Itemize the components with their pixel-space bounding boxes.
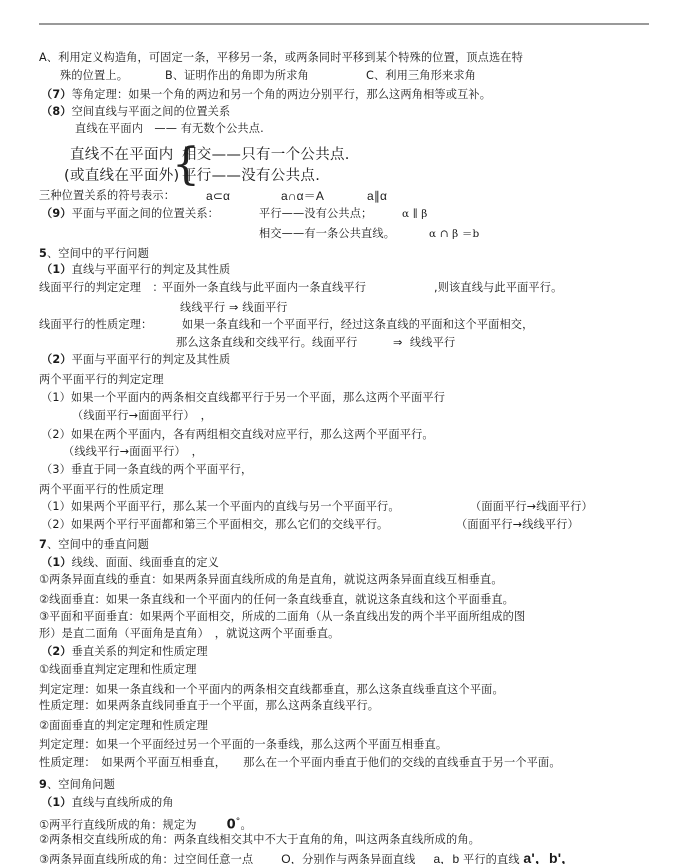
line-outside-plane: (或直线在平面外) xyxy=(64,167,180,185)
symbol-parallel: a∥α xyxy=(367,189,387,203)
angle-3-text-c: 平行的直线 xyxy=(463,853,520,864)
section9-title-text: 、空间角问题 xyxy=(47,778,115,791)
section5-title-text: 、空间中的平行问题 xyxy=(47,247,149,260)
section7-sub1: （1）线线、面面、线面垂直的定义 xyxy=(41,556,219,570)
angle-3-text-a: ③两条异面直线所成的角：过空间任意一点 xyxy=(39,853,253,864)
judge2-item1-note: （线面平行→面面平行） ， xyxy=(72,409,212,423)
def-3b: 形）是直二面角（平面角是直角） ，就说这两个平面垂直。 xyxy=(39,627,340,641)
sub2-text: 平面与平面平行的判定及其性质 xyxy=(72,353,231,366)
symbols-label: 三种位置关系的符号表示： xyxy=(39,189,175,203)
sub2-number: （2） xyxy=(41,645,72,658)
line-in-plane: 直线在平面内 —— 有无数个公共点. xyxy=(75,122,264,136)
angle-1: ①两平行直线所成的角：规定为0°。 xyxy=(39,815,252,833)
symbol-in-plane: a⊂α xyxy=(206,189,230,203)
judge-text-b: ,则该直线与此平面平行。 xyxy=(434,281,562,295)
judge2-item2-note: （线线平行→面面平行） ， xyxy=(63,445,203,459)
sub2-text: 垂直关系的判定和性质定理 xyxy=(72,645,208,658)
sub1-text: 线线、面面、线面垂直的定义 xyxy=(72,556,219,569)
method-text-c: C、利用三角形来求角 xyxy=(366,69,476,83)
prop-text-1: 如果一条直线和一个平面平行，经过这条直线的平面和这个平面相交， xyxy=(182,318,533,332)
method-text-b: B、证明作出的角即为所求角 xyxy=(165,69,309,83)
judge2-item3: （3）垂直于同一条直线的两个平面平行， xyxy=(41,463,252,477)
judge2-item2: （2）如果在两个平面内，各有两组相交直线对应平行，那么这两个平面平行。 xyxy=(41,428,434,442)
item8-text: 空间直线与平面之间的位置关系 xyxy=(72,105,231,118)
prop-formula: ⇒ 线线平行 xyxy=(393,336,455,350)
prop2-item1-note: （面面平行→线面平行） xyxy=(470,500,593,514)
lines-ab-prime: a'，b'， xyxy=(523,850,575,864)
lp-judge: 判定定理：如果一条直线和一个平面内的两条相交直线都垂直，那么这条直线垂直这个平面… xyxy=(39,683,504,697)
brace-icon: { xyxy=(172,143,180,187)
angle-1-text: ①两平行直线所成的角：规定为 xyxy=(39,819,197,832)
sub1-text: 直线与直线所成的角 xyxy=(72,796,174,809)
prop2-item2: （2）如果两个平行平面都和第三个平面相交，那么它们的交线平行。 xyxy=(41,518,388,532)
def-2: ②线面垂直：如果一条直线和一个平面内的任何一条直线垂直，就说这条直线和这个平面垂… xyxy=(39,593,514,607)
judge2-item1: （1）如果一个平面内的两条相交直线都平行于另一个平面，那么这两个平面平行 xyxy=(41,391,445,405)
prop-text-2: 那么这条直线和交线平行。线面平行 xyxy=(176,336,357,350)
section7-title-text: 、空间中的垂直问题 xyxy=(47,538,149,551)
pp-title: ②面面垂直的判定定理和性质定理 xyxy=(39,719,208,733)
judge2-title: 两个平面平行的判定定理 xyxy=(39,373,164,387)
item7-number: （7） xyxy=(41,88,72,101)
angle-1-end: 。 xyxy=(240,819,251,832)
item7-text: 等角定理：如果一个角的两边和另一个角的两边分别平行，那么这两角相等或互补。 xyxy=(72,88,492,101)
angle-1-value: 0 xyxy=(227,818,236,833)
sub1-number: （1） xyxy=(41,556,72,569)
pp-judge: 判定定理：如果一个平面经过另一个平面的一条垂线，那么这两个平面互相垂直。 xyxy=(39,738,447,752)
section9-title: 9、空间角问题 xyxy=(39,778,115,792)
lines-ab: a，b xyxy=(433,852,459,864)
plane-parallel-symbol: α ∥ β xyxy=(402,207,427,221)
item8: （8）空间直线与平面之间的位置关系 xyxy=(41,105,230,119)
item9: （9）平面与平面之间的位置关系： xyxy=(41,207,219,221)
method-text-line1: A、利用定义构造角，可固定一条，平移另一条，或两条同时平移到某个特殊的位置，顶点… xyxy=(39,51,523,65)
plane-intersect: 相交——有一条公共直线。 xyxy=(259,227,395,241)
lp-prop: 性质定理：如果两条直线同垂直于一个平面，那么这两条直线平行。 xyxy=(39,699,379,713)
angle-2: ②两条相交直线所成的角：两条直线相交其中不大于直角的角，叫这两条直线所成的角。 xyxy=(39,833,480,847)
prop-label: 线面平行的性质定理： xyxy=(39,318,152,332)
section5-sub1: （1）直线与平面平行的判定及其性质 xyxy=(41,263,230,277)
item8-number: （8） xyxy=(41,105,72,118)
judge-formula: 线线平行 ⇒ 线面平行 xyxy=(180,301,288,315)
angle-3: ③两条异面直线所成的角：过空间任意一点O，分别作与两条异面直线a，b 平行的直线… xyxy=(39,851,575,864)
prop2-item1: （1）如果两个平面平行，那么某一个平面内的直线与另一个平面平行。 xyxy=(41,500,400,514)
sub1-number: （1） xyxy=(41,796,72,809)
item9-number: （9） xyxy=(41,207,72,220)
section7-number: 7 xyxy=(39,538,47,551)
prop2-title: 两个平面平行的性质定理 xyxy=(39,483,164,497)
lp-title: ①线面垂直判定定理和性质定理 xyxy=(39,663,197,677)
def-3a: ③平面和平面垂直：如果两个平面相交，所成的二面角（从一条直线出发的两个半平面所组… xyxy=(39,610,525,624)
section5-title: 5、空间中的平行问题 xyxy=(39,247,149,261)
def-1: ①两条异面直线的垂直：如果两条异面直线所成的角是直角，就说这两条异面直线互相垂直… xyxy=(39,573,503,587)
section5-sub2: （2）平面与平面平行的判定及其性质 xyxy=(41,353,230,367)
plane-intersect-symbol: α ∩ β ＝b xyxy=(429,227,479,241)
method-text-a: 殊的位置上。 xyxy=(60,69,128,83)
case-parallel: 平行——没有公共点. xyxy=(182,167,320,185)
pp-prop: 性质定理： 如果两个平面互相垂直， 那么在一个平面内垂直于他们的交线的直线垂直于… xyxy=(39,756,561,770)
symbol-intersect: a∩α＝A xyxy=(281,189,324,203)
angle-3-text-b: ，分别作与两条异面直线 xyxy=(291,853,416,864)
sub2-number: （2） xyxy=(41,353,72,366)
sub1-text: 直线与平面平行的判定及其性质 xyxy=(72,263,231,276)
point-o: O xyxy=(281,852,290,864)
case-intersect: 相交——只有一个公共点. xyxy=(182,146,350,164)
line-not-in-plane: 直线不在平面内 xyxy=(70,146,174,164)
judge-label: 线面平行的判定定理 ： xyxy=(39,281,164,295)
header-rule xyxy=(39,23,649,25)
section9-sub1: （1）直线与直线所成的角 xyxy=(41,796,174,810)
item7: （7）等角定理：如果一个角的两边和另一个角的两边分别平行，那么这两角相等或互补。 xyxy=(41,88,491,102)
section7-title: 7、空间中的垂直问题 xyxy=(39,538,149,552)
prop2-item2-note: （面面平行→线线平行） xyxy=(456,518,579,532)
plane-parallel: 平行——没有公共点； xyxy=(259,207,372,221)
judge-text-a: 平面外一条直线与此平面内一条直线平行 xyxy=(162,281,366,295)
section5-number: 5 xyxy=(39,247,47,260)
sub1-number: （1） xyxy=(41,263,72,276)
section7-sub2: （2）垂直关系的判定和性质定理 xyxy=(41,645,208,659)
section9-number: 9 xyxy=(39,778,47,791)
item9-text: 平面与平面之间的位置关系： xyxy=(72,207,219,220)
